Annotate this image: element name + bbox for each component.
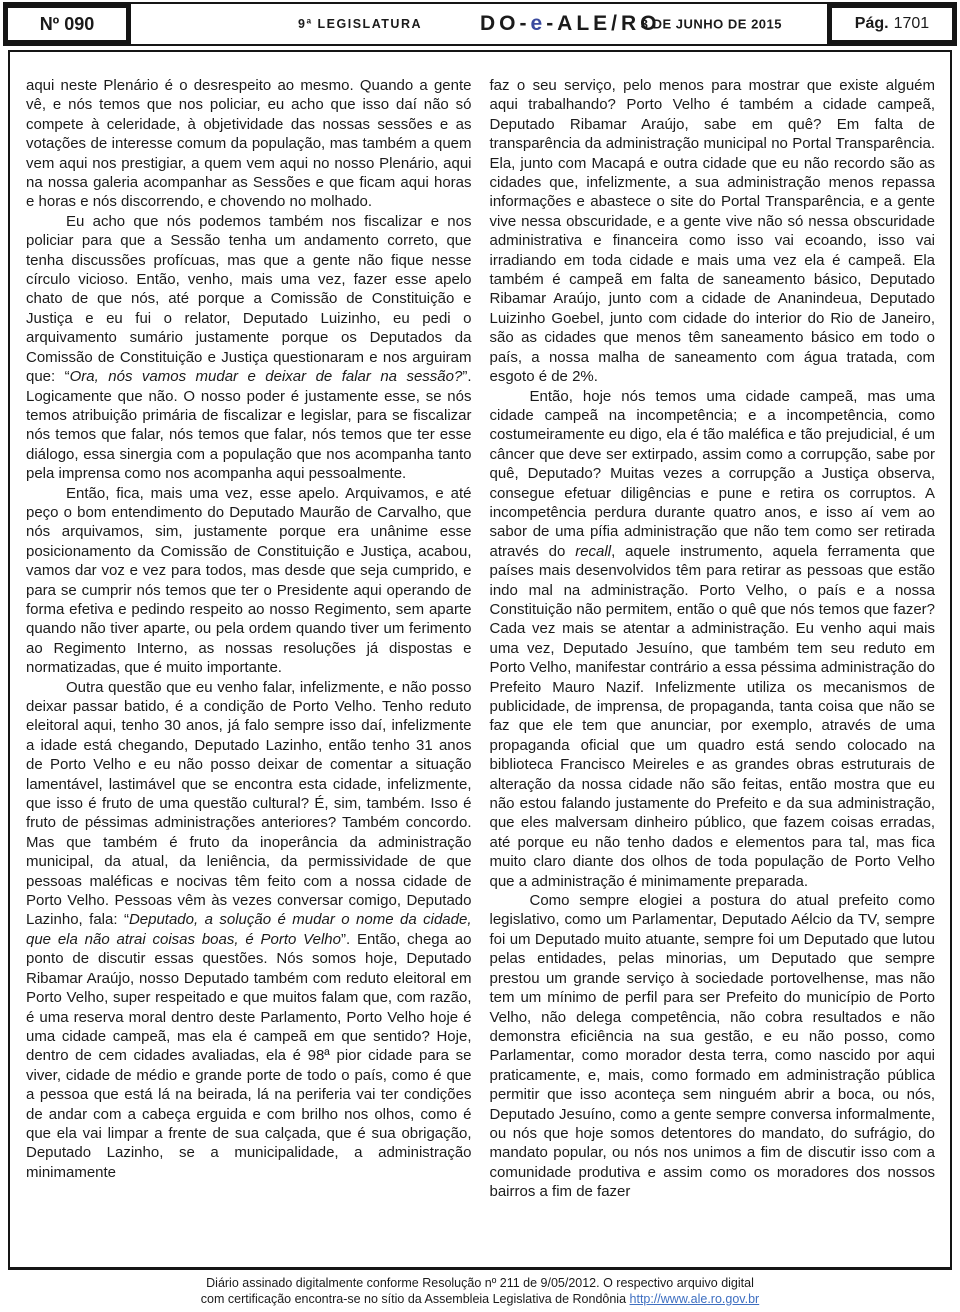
paragraph: aqui neste Plenário é o desrespeito ao m… <box>26 76 472 212</box>
body-text: Eu acho que nós podemos também nos fisca… <box>26 213 472 385</box>
column-left: aqui neste Plenário é o desrespeito ao m… <box>26 76 472 1202</box>
body-text: Como sempre elogiei a postura do atual p… <box>490 892 936 1200</box>
issue-date: 3 DE JUNHO DE 2015 <box>641 17 782 32</box>
paragraph: Então, hoje nós temos uma cidade campeã,… <box>490 387 936 892</box>
page-label: Pág. <box>855 15 889 33</box>
body-text: , aquele instrumento, aquela ferramenta … <box>490 543 936 890</box>
journal-e: e <box>531 12 547 35</box>
footer-line1: Diário assinado digitalmente conforme Re… <box>0 1276 960 1292</box>
quoted-italic-text: Ora, nós vamos mudar e deixar de falar n… <box>70 368 463 385</box>
paragraph: Eu acho que nós podemos também nos fisca… <box>26 212 472 484</box>
body-text: aqui neste Plenário é o desrespeito ao m… <box>26 77 472 210</box>
paragraph: faz o seu serviço, pelo menos para mostr… <box>490 76 936 387</box>
header-band: 9ª LEGISLATURA DO-e-ALE/RO 3 DE JUNHO DE… <box>3 2 957 46</box>
article-columns: aqui neste Plenário é o desrespeito ao m… <box>26 76 935 1202</box>
page-footer: Diário assinado digitalmente conforme Re… <box>0 1276 960 1307</box>
body-text: Outra questão que eu venho falar, infeli… <box>26 679 472 929</box>
issue-number-box: Nº 090 <box>3 3 131 45</box>
body-text: Então, hoje nós temos uma cidade campeã,… <box>490 388 936 560</box>
page-number-box: Pág. 1701 <box>827 3 957 45</box>
footer-link[interactable]: http://www.ale.ro.gov.br <box>630 1292 760 1306</box>
paragraph: Então, fica, mais uma vez, esse apelo. A… <box>26 484 472 678</box>
article-frame: aqui neste Plenário é o desrespeito ao m… <box>8 50 952 1270</box>
footer-line2: com certificação encontra-se no sítio da… <box>0 1292 960 1308</box>
journal-title: DO-e-ALE/RO <box>480 12 661 36</box>
body-text: Então, fica, mais uma vez, esse apelo. A… <box>26 485 472 677</box>
body-text: ”. Logicamente que não. O nosso poder é … <box>26 368 472 482</box>
body-text: faz o seu serviço, pelo menos para mostr… <box>490 77 936 385</box>
quoted-italic-text: recall <box>575 543 611 560</box>
journal-title-pre: DO- <box>480 12 531 35</box>
issue-number: Nº 090 <box>40 14 95 35</box>
paragraph: Outra questão que eu venho falar, infeli… <box>26 678 472 1183</box>
footer-line2-text: com certificação encontra-se no sítio da… <box>201 1292 630 1306</box>
body-text: ”. Então, chega ao ponto de discutir ess… <box>26 931 472 1181</box>
column-right: faz o seu serviço, pelo menos para mostr… <box>490 76 936 1202</box>
page-number: 1701 <box>894 15 930 33</box>
paragraph: Como sempre elogiei a postura do atual p… <box>490 891 936 1202</box>
legislature-label: 9ª LEGISLATURA <box>298 17 422 31</box>
